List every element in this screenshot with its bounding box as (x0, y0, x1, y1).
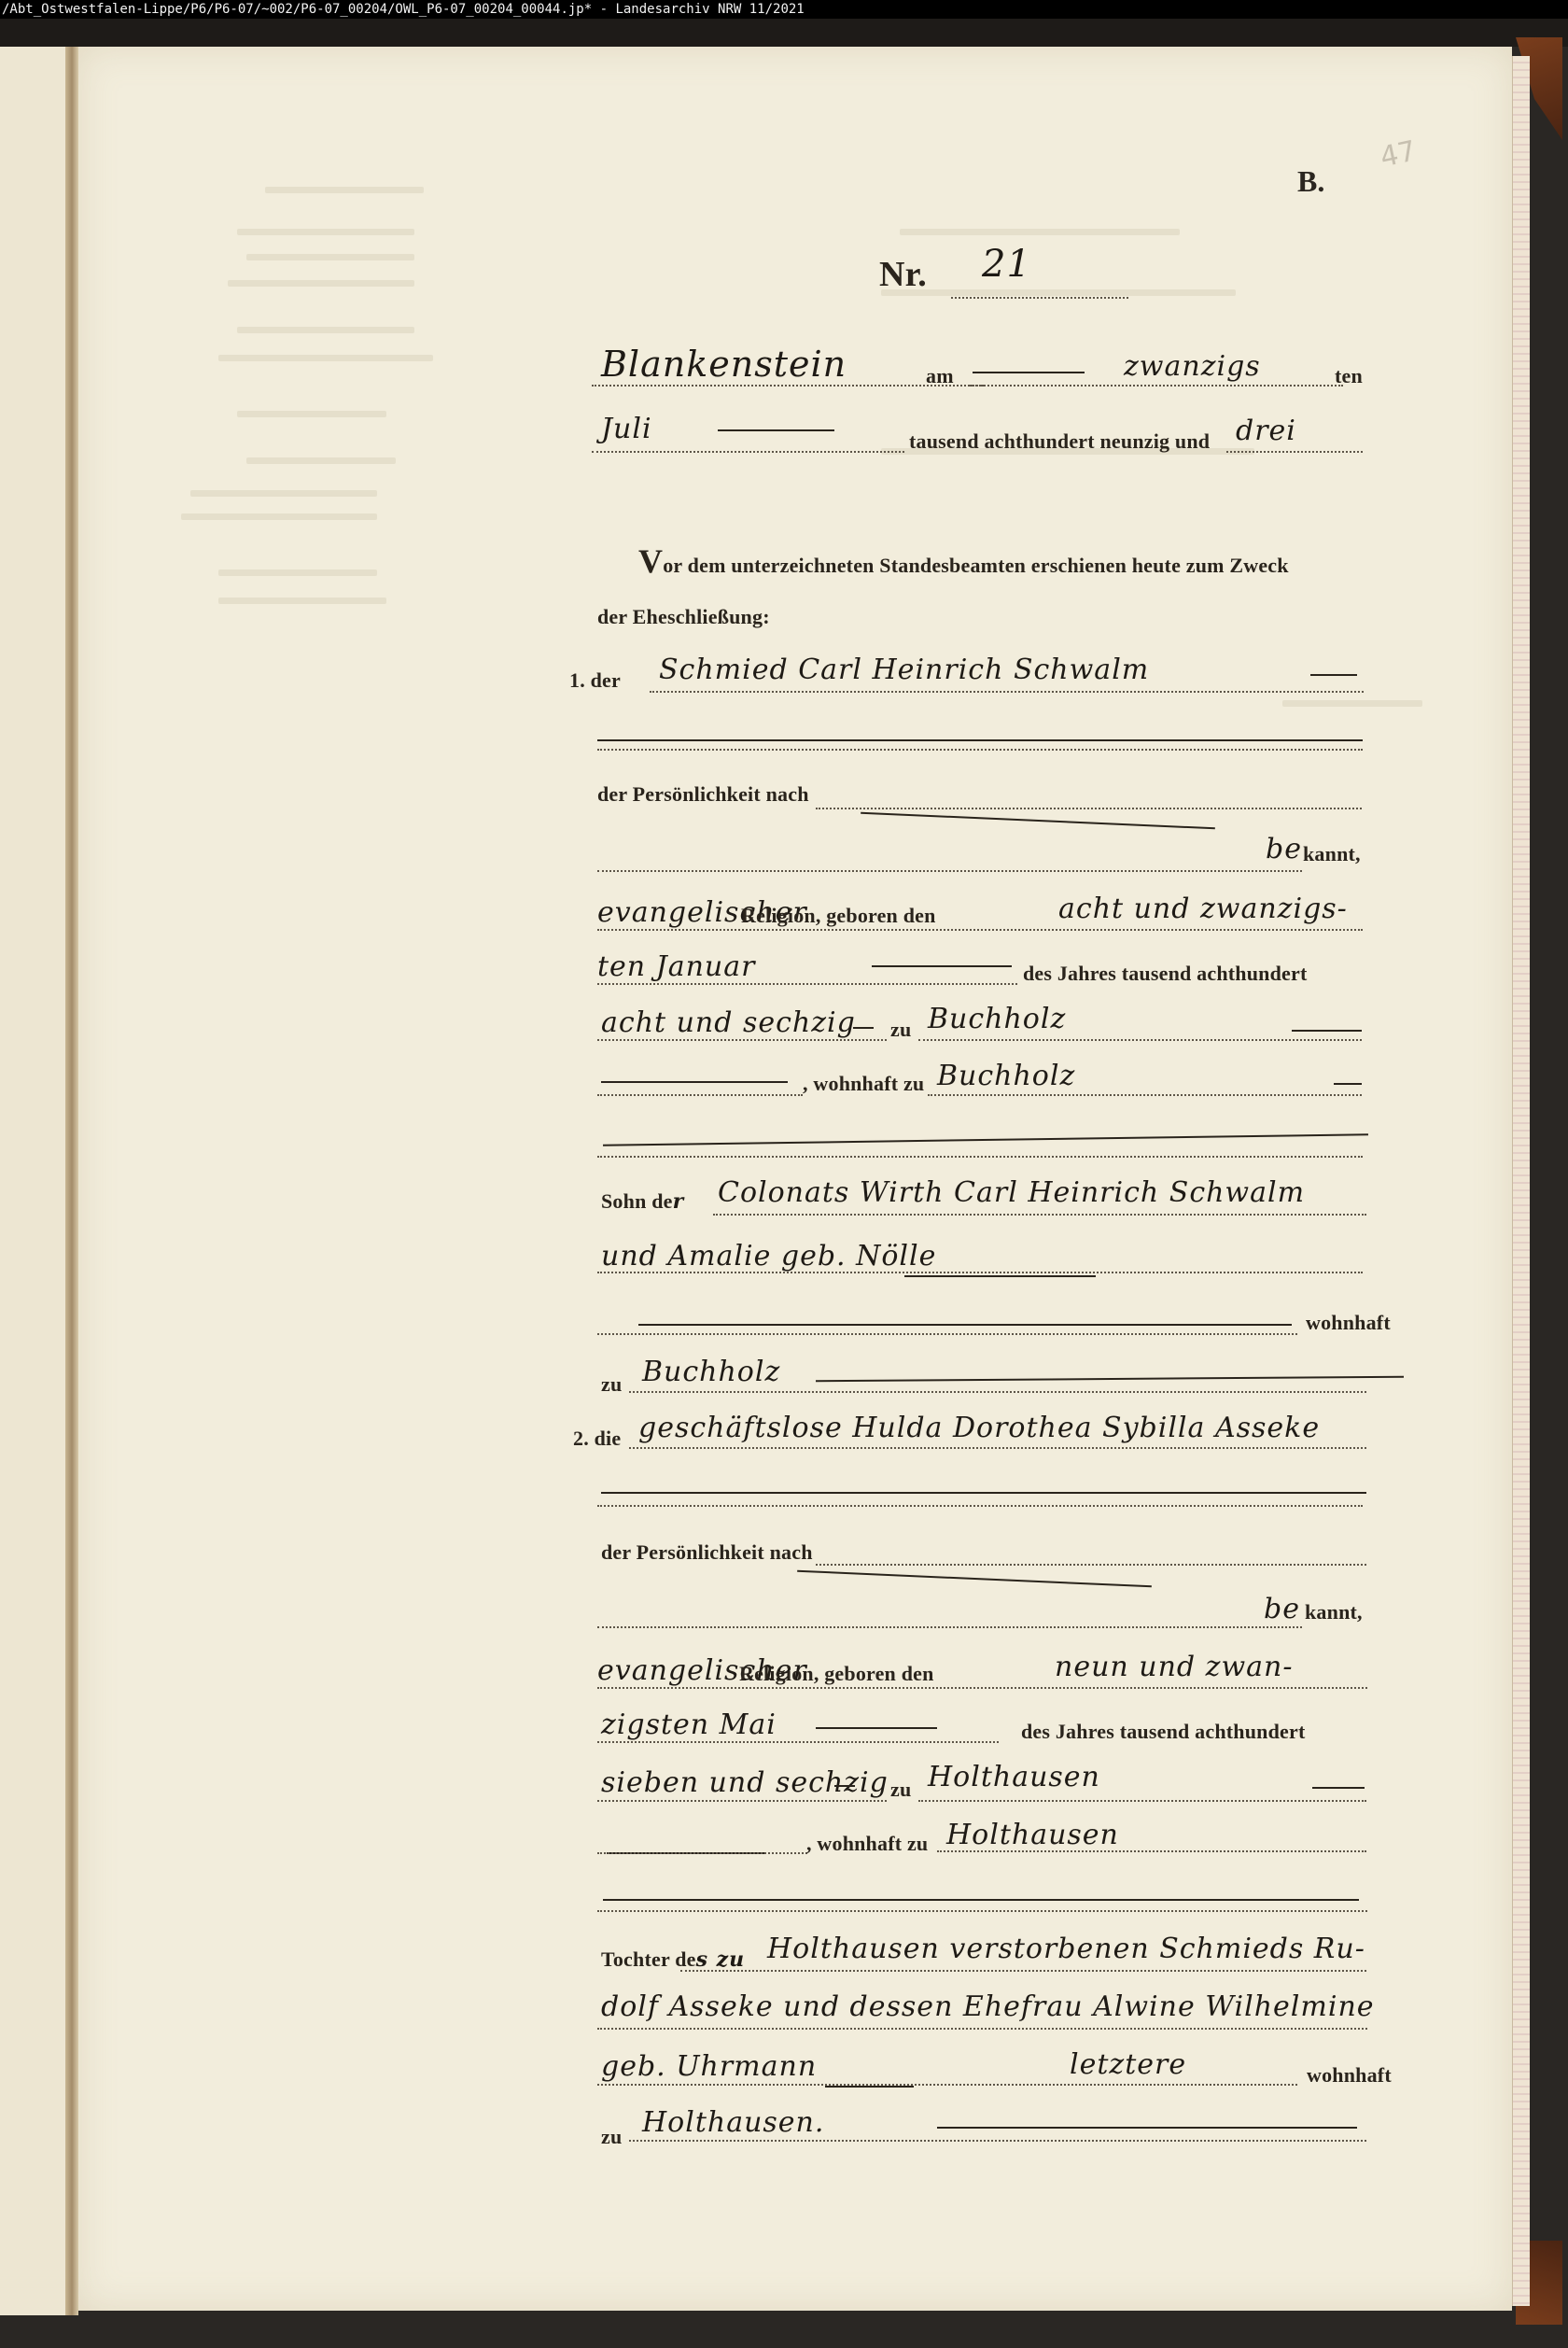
filler-stroke (816, 1727, 937, 1729)
dotted-line (713, 1214, 1366, 1216)
intro-line-2: der Eheschließung: (597, 605, 770, 629)
groom-number-label: 1. der (569, 668, 621, 693)
bride-parents-line-1: Holthausen verstorbenen Schmieds Ru- (767, 1933, 1365, 1965)
bride-number-label: 2. die (573, 1427, 621, 1451)
bride-religion-label: Religion, geboren den (739, 1662, 934, 1686)
filler-stroke (937, 2127, 1357, 2129)
dotted-line (597, 870, 1302, 872)
dotted-line (597, 1741, 999, 1743)
bride-birth-place: Holthausen (928, 1761, 1100, 1793)
tochter-suffix: s zu (696, 1947, 746, 1972)
show-through-text (218, 598, 386, 604)
scanner-background (0, 19, 1568, 47)
groom-birth-day-1: acht und zwanzigs- (1058, 893, 1348, 925)
dotted-line (918, 1039, 1362, 1041)
dotted-line (597, 1800, 887, 1802)
filler-stroke (601, 1492, 1366, 1494)
show-through-text (881, 289, 1236, 296)
dotted-line (928, 1094, 1362, 1096)
dotted-line (597, 929, 1363, 931)
bride-zu-label: zu (890, 1778, 911, 1802)
show-through-text (181, 513, 377, 520)
groom-residence: Buchholz (937, 1060, 1075, 1092)
bride-parents-line-3: geb. Uhrmann (601, 2050, 817, 2083)
bride-birth-year: sieben und sechzig (601, 1766, 889, 1799)
dotted-line (970, 385, 1343, 387)
window-title-bar: /Abt_Ostwestfalen-Lippe/P6/P6-07/~002/P6… (0, 0, 1568, 19)
groom-religion-label: Religion, geboren den (741, 904, 936, 928)
dotted-line (597, 1333, 1297, 1335)
filler-stroke (797, 1570, 1152, 1588)
dotted-line (597, 983, 1017, 985)
bride-parents-zu-label: zu (601, 2125, 622, 2149)
groom-personality-label: der Persönlichkeit nach (597, 782, 809, 807)
groom-parents-line-1: Colonats Wirth Carl Heinrich Schwalm (718, 1176, 1305, 1209)
show-through-text (246, 254, 414, 260)
show-through-text (218, 355, 433, 361)
filler-stroke (973, 372, 1085, 373)
dotted-line (597, 2084, 1297, 2086)
bride-birth-day-2: zigsten Mai (601, 1708, 777, 1741)
bride-birth-day-1: neun und zwan- (1055, 1651, 1293, 1683)
pencil-page-number: 47 (1378, 134, 1420, 174)
dotted-line (597, 1156, 1363, 1158)
dotted-line (918, 1800, 1366, 1802)
bride-parents-latter: letztere (1070, 2048, 1186, 2081)
filler-stroke (638, 1324, 1292, 1326)
show-through-text (228, 280, 414, 287)
groom-birth-year: acht und sechzig (601, 1006, 856, 1039)
groom-birth-place: Buchholz (928, 1003, 1066, 1035)
filler-stroke (853, 1027, 874, 1029)
groom-known-handwritten: be (1266, 833, 1302, 865)
groom-parents-resident-label: wohnhaft (1306, 1311, 1391, 1335)
show-through-text (237, 411, 386, 417)
book-gutter (65, 47, 78, 2315)
groom-parents-label: Sohn der (601, 1189, 684, 1214)
dotted-line (629, 1447, 1366, 1449)
groom-known-label: kannt, (1303, 842, 1361, 866)
ten-label: ten (1335, 364, 1363, 388)
bride-parents-line-2: dolf Asseke und dessen Ehefrau Alwine Wi… (601, 1990, 1375, 2023)
filler-stroke (1292, 1030, 1362, 1032)
dotted-line (951, 297, 1128, 299)
register-page: 47 B. Nr. 21 Blankenstein am zwanzigs te… (78, 47, 1512, 2311)
dotted-line (597, 1272, 1363, 1273)
dotted-line (592, 385, 984, 387)
bride-known-label: kannt, (1305, 1600, 1363, 1624)
show-through-text (237, 229, 414, 235)
record-number-label: Nr. (879, 254, 927, 295)
groom-parents-zu-label: zu (601, 1372, 622, 1397)
dotted-line (597, 1687, 1367, 1689)
dotted-line (680, 1970, 1366, 1972)
filler-stroke (1312, 1787, 1365, 1789)
dotted-line (597, 1505, 1363, 1507)
filler-stroke (904, 1275, 1096, 1277)
filler-stroke (718, 429, 834, 431)
dotted-line (650, 691, 1364, 693)
filler-stroke (603, 1899, 1359, 1901)
intro-text: or dem unterzeichneten Standesbeamten er… (663, 554, 1288, 577)
record-number-value: 21 (982, 243, 1031, 286)
groom-parents-residence: Buchholz (642, 1356, 780, 1388)
am-label: am (926, 364, 954, 388)
bride-parents-label: Tochter des zu (601, 1947, 745, 1972)
show-through-text (265, 187, 424, 193)
place-handwritten: Blankenstein (601, 344, 847, 385)
sohn-suffix: r (673, 1189, 685, 1214)
dotted-line (816, 1564, 1366, 1566)
filler-stroke (1334, 1083, 1362, 1085)
section-letter: B. (1297, 164, 1324, 199)
year-printed: tausend achthundert neunzig und (909, 429, 1210, 454)
groom-residence-label: , wohnhaft zu (803, 1072, 924, 1096)
day-handwritten: zwanzigs (1124, 350, 1261, 383)
bride-name: geschäftslose Hulda Dorothea Sybilla Ass… (638, 1412, 1320, 1444)
show-through-text (190, 490, 377, 497)
show-through-text (246, 457, 396, 464)
filler-stroke (834, 1785, 855, 1787)
dotted-line (597, 1852, 807, 1854)
filler-stroke (861, 812, 1215, 830)
show-through-text (1282, 700, 1422, 707)
filler-stroke (816, 1376, 1404, 1382)
show-through-text (900, 229, 1180, 235)
filler-stroke (872, 965, 1012, 967)
bride-personality-label: der Persönlichkeit nach (601, 1540, 813, 1565)
filler-stroke (825, 2086, 914, 2088)
filler-stroke (597, 739, 1363, 741)
filler-stroke (1310, 674, 1357, 676)
groom-year-label: des Jahres tausend achthundert (1023, 962, 1307, 986)
dotted-line (816, 808, 1362, 809)
dotted-line (1226, 451, 1363, 453)
page-edge-stack (1512, 56, 1530, 2306)
sohn-label: Sohn de (601, 1189, 673, 1213)
dotted-line (937, 1850, 1366, 1852)
dotted-line (597, 1626, 1302, 1628)
month-handwritten: Juli (601, 413, 652, 445)
groom-name: Schmied Carl Heinrich Schwalm (659, 654, 1149, 686)
bride-known-handwritten: be (1264, 1593, 1300, 1625)
dotted-line (597, 1910, 1367, 1912)
show-through-text (237, 327, 414, 333)
tochter-label: Tochter de (601, 1947, 696, 1971)
filler-stroke (603, 1133, 1368, 1146)
groom-parents-line-2: und Amalie geb. Nölle (601, 1240, 936, 1272)
show-through-text (218, 569, 377, 576)
bride-year-label: des Jahres tausend achthundert (1021, 1720, 1305, 1744)
bride-parents-resident-label: wohnhaft (1307, 2063, 1392, 2088)
bride-residence: Holthausen (946, 1819, 1119, 1851)
dotted-line (592, 451, 904, 453)
dotted-line (629, 1391, 1366, 1393)
year-handwritten: drei (1236, 415, 1296, 447)
groom-birth-day-2: ten Januar (597, 950, 755, 983)
filler-stroke (601, 1081, 788, 1083)
intro-line-1: Vor dem unterzeichneten Standesbeamten e… (638, 541, 1289, 581)
bride-residence-label: , wohnhaft zu (806, 1832, 928, 1856)
groom-zu-label: zu (890, 1018, 911, 1042)
dotted-line (629, 2140, 1366, 2142)
dotted-line (597, 1094, 803, 1096)
dotted-line (597, 749, 1363, 751)
dotted-line (597, 1039, 887, 1041)
left-page-edge (0, 47, 65, 2315)
bride-parents-residence: Holthausen. (642, 2106, 824, 2139)
intro-dropcap: V (638, 542, 663, 580)
dotted-line (597, 2028, 1367, 2030)
